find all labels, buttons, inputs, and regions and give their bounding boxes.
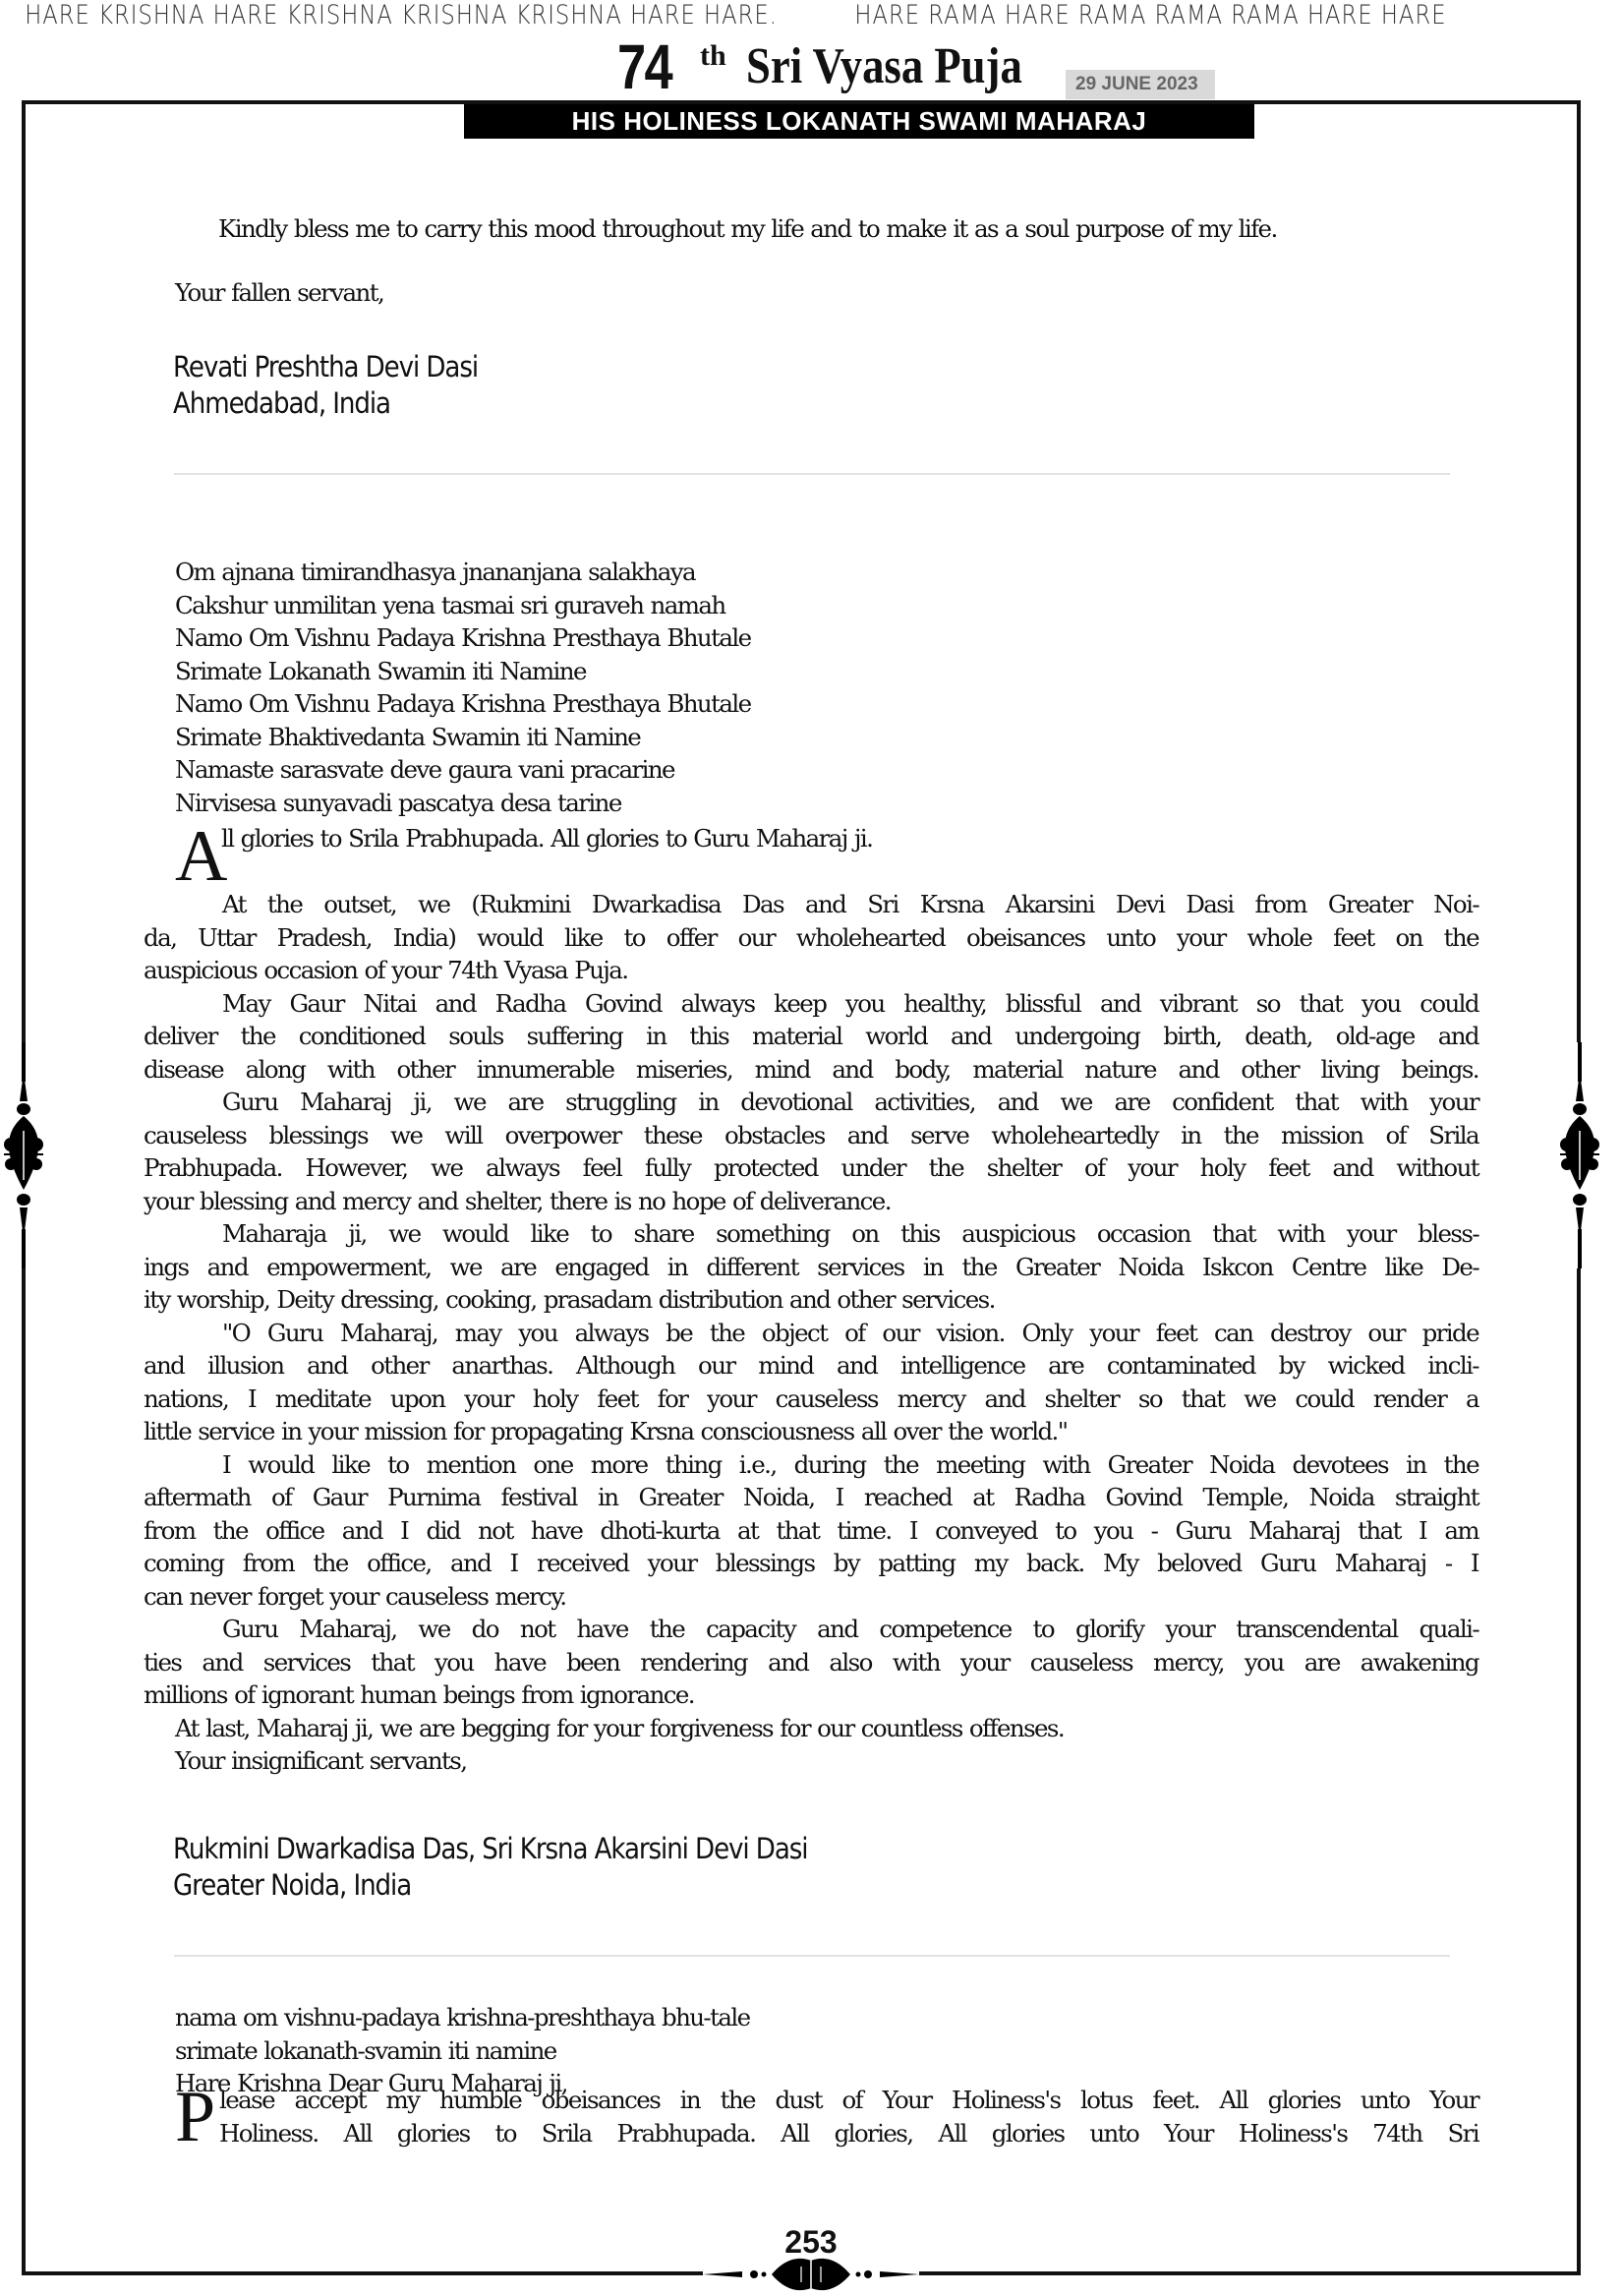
prayer-line: Nirvisesa sunyavadi pascatya desa tarine [175,787,751,820]
text-line: Maharaja ji, we would like to share some… [144,1217,1478,1251]
text-line: ity worship, Deity dressing, cooking, pr… [144,1283,1478,1317]
page-title: 74 th Sri Vyasa Puja [617,37,683,102]
paragraph: At the outset, we (Rukmini Dwarkadisa Da… [144,888,1478,987]
title-number: 74 [617,37,671,96]
mantra-right: HARE RAMA HARE RAMA RAMA RAMA HARE HARE [854,0,1446,30]
text-line: and illusion and other anarthas. Althoug… [144,1349,1478,1383]
text-line: Prabhupada. However, we always feel full… [144,1151,1478,1185]
paragraph: I would like to mention one more thing i… [144,1448,1478,1614]
name-banner: HIS HOLINESS LOKANATH SWAMI MAHARAJ [464,104,1254,139]
paragraph: "O Guru Maharaj, may you always be the o… [144,1317,1478,1448]
offering1-closing-line: Kindly bless me to carry this mood throu… [218,212,1277,246]
text-line: May Gaur Nitai and Radha Govind always k… [144,987,1478,1021]
text-line: lease accept my humble obeisances in the… [219,2084,1478,2117]
text-line: Guru Maharaj, we do not have the capacit… [144,1613,1478,1646]
right-ornament-icon [1558,1042,1601,1268]
author-location: Ahmedabad, India [173,385,478,422]
text-line: disease along with other innumerable mis… [144,1053,1478,1087]
prayer-line: Cakshur unmilitan yena tasmai sri gurave… [175,589,751,622]
text-line: nations, I meditate upon your holy feet … [144,1383,1478,1416]
text-line: ings and empowerment, we are engaged in … [144,1251,1478,1284]
text-line: causeless blessings we will overpower th… [144,1119,1478,1152]
title-superscript: th [700,39,726,73]
offering2-signature: Rukmini Dwarkadisa Das, Sri Krsna Akarsi… [173,1831,807,1904]
offering2-body: At the outset, we (Rukmini Dwarkadisa Da… [144,888,1478,1778]
title-text: Sri Vyasa Puja [746,37,1022,96]
text-line: aftermath of Gaur Purnima festival in Gr… [144,1481,1478,1514]
prayer-line: Om ajnana timirandhasya jnananjana salak… [175,556,751,589]
prayer-line: Namo Om Vishnu Padaya Krishna Presthaya … [175,621,751,655]
text-line: from the office and I did not have dhoti… [144,1514,1478,1548]
offering2-salutation: Your insignificant servants, [144,1744,1478,1778]
offering2-opening: ll glories to Srila Prabhupada. All glor… [221,822,872,855]
prayer-line: srimate lokanath-svamin iti namine [175,2034,750,2068]
text-line: little service in your mission for propa… [144,1415,1478,1448]
mantra-left: HARE KRISHNA HARE KRISHNA KRISHNA KRISHN… [25,0,778,30]
section-divider [174,1955,1450,1957]
offering1-signature: Revati Preshtha Devi Dasi Ahmedabad, Ind… [173,349,478,422]
author-location: Greater Noida, India [173,1867,807,1904]
prayer-line: Namo Om Vishnu Padaya Krishna Presthaya … [175,687,751,721]
offering1-salutation: Your fallen servant, [175,276,383,310]
text-line: your blessing and mercy and shelter, the… [144,1185,1478,1218]
text-line: deliver the conditioned souls suffering … [144,1020,1478,1053]
text-line: da, Uttar Pradesh, India) would like to … [144,921,1478,955]
text-line: coming from the office, and I received y… [144,1547,1478,1580]
mantra-header: HARE KRISHNA HARE KRISHNA KRISHNA KRISHN… [0,0,1362,33]
text-line: "O Guru Maharaj, may you always be the o… [144,1317,1478,1350]
offering2-closing-line: At last, Maharaj ji, we are begging for … [144,1712,1478,1745]
prayer-line: Srimate Bhaktivedanta Swamin iti Namine [175,721,751,754]
prayer-line: Namaste sarasvate deve gaura vani pracar… [175,753,751,787]
section-divider [174,473,1450,475]
text-line: I would like to mention one more thing i… [144,1448,1478,1482]
text-line: Guru Maharaj ji, we are struggling in de… [144,1086,1478,1119]
left-ornament-icon [2,1042,45,1268]
text-line: Holiness. All glories to Srila Prabhupad… [219,2117,1478,2150]
text-line: millions of ignorant human beings from i… [144,1678,1478,1712]
text-line: can never forget your causeless mercy. [144,1580,1478,1614]
dropcap: P [175,2085,215,2149]
author-name: Revati Preshtha Devi Dasi [173,349,478,385]
dropcap: A [175,824,227,889]
paragraph: Guru Maharaj ji, we are struggling in de… [144,1086,1478,1217]
offering2-prayer: Om ajnana timirandhasya jnananjana salak… [175,556,751,819]
paragraph: Guru Maharaj, we do not have the capacit… [144,1613,1478,1712]
offering3-opening: lease accept my humble obeisances in the… [219,2084,1478,2149]
paragraph: May Gaur Nitai and Radha Govind always k… [144,987,1478,1087]
text-line: auspicious occasion of your 74th Vyasa P… [144,954,1478,987]
date-badge: 29 JUNE 2023 [1066,70,1215,99]
prayer-line: Srimate Lokanath Swamin iti Namine [175,655,751,688]
paragraph: Maharaja ji, we would like to share some… [144,1217,1478,1317]
text-line: At the outset, we (Rukmini Dwarkadisa Da… [144,888,1478,921]
text-line: ties and services that you have been ren… [144,1646,1478,1679]
bottom-ornament-icon [703,2255,919,2294]
author-name: Rukmini Dwarkadisa Das, Sri Krsna Akarsi… [173,1831,807,1867]
prayer-line: nama om vishnu-padaya krishna-preshthaya… [175,2001,750,2034]
